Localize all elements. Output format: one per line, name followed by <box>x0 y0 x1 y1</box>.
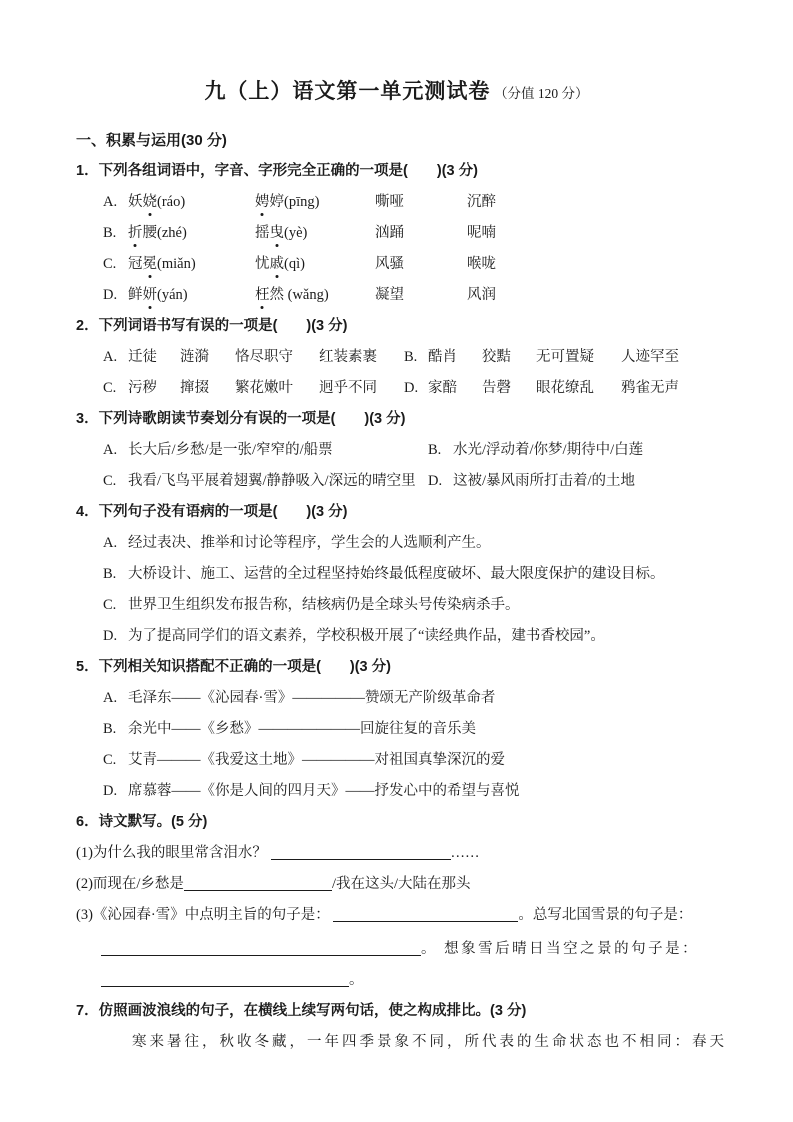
q7-paragraph: 寒来暑往，秋收冬藏，一年四季景象不同，所代表的生命状态也不相同：春天 <box>76 1032 717 1053</box>
option-letter: B. <box>428 440 453 461</box>
word-prefix: 妖 <box>128 194 143 210</box>
option-word: 摇曳(yè) <box>255 223 375 244</box>
word-suffix: 然 (wǎng) <box>270 287 329 303</box>
option-letter: B. <box>103 564 128 585</box>
q1-stem: 1．下列各组词语中，字音、字形完全正确的一项是( )(3 分) <box>76 161 717 182</box>
option-text: 为了提高同学们的语文素养，学校积极开展了“读经典作品，建书香校园”。 <box>128 626 717 647</box>
q3-stem: 3．下列诗歌朗读节奏划分有误的一项是( )(3 分) <box>76 409 717 430</box>
q2-options-ab: A. 迁徒 涟漪 恪尽职守 红装素裹 B. 酷肖 狡黠 无可置疑 人迹罕至 <box>76 347 717 368</box>
title-score-note: （分值 120 分） <box>494 86 589 101</box>
q1-option-d: D. 鲜妍(yán) 枉然 (wǎng) 凝望 风润 <box>76 285 717 306</box>
q4-option-a: A. 经过表决、推举和讨论等程序，学生会的人选顺利产生。 <box>76 533 717 554</box>
word-dotted-char: 折 <box>128 223 143 244</box>
q7-stem: 7．仿照画波浪线的句子，在横线上续写两句话，使之构成排比。(3 分) <box>76 1001 717 1022</box>
q4-stem: 4．下列句子没有语病的一项是( )(3 分) <box>76 502 717 523</box>
option-letter: A. <box>103 688 128 709</box>
option-word: 眼花缭乱 <box>536 378 621 399</box>
option-word: 繁花嫩叶 <box>235 378 319 399</box>
option-word: 红装素裹 <box>319 347 404 368</box>
option-word: 风润 <box>467 285 717 306</box>
answer-blank <box>101 941 421 956</box>
option-letter: D. <box>404 378 428 399</box>
option-word: 撺掇 <box>180 378 235 399</box>
option-letter: A. <box>103 533 128 554</box>
option-letter: C. <box>103 471 128 492</box>
q1-option-a: A. 妖娆(ráo) 娉婷(pīng) 嘶哑 沉醉 <box>76 192 717 213</box>
word-dotted-char: 妍 <box>143 285 158 306</box>
q5-option-c: C. 艾青———《我爱这土地》—————对祖国真挚深沉的爱 <box>76 750 717 771</box>
option-word: 呢喃 <box>467 223 717 244</box>
q1-option-b: B. 折腰(zhé) 摇曳(yè) 汹踊 呢喃 <box>76 223 717 244</box>
word-dotted-char: 戚 <box>270 254 285 275</box>
option-word: 冠冕(miǎn) <box>128 254 255 275</box>
option-word: 忧戚(qì) <box>255 254 375 275</box>
dictation-suffix: 。 想象雪后晴日当空之景的句子是： <box>421 941 699 957</box>
option-text: 水光/浮动着/你梦/期待中/白莲 <box>453 440 717 461</box>
word-suffix: (yè) <box>284 225 307 241</box>
q5-option-b: B. 余光中——《乡愁》———————回旋往复的音乐美 <box>76 719 717 740</box>
option-word: 家醅 <box>428 378 482 399</box>
option-letter: B. <box>404 347 428 368</box>
option-letter: D. <box>103 285 128 306</box>
option-letter: A. <box>103 192 128 213</box>
word-suffix: (yán) <box>157 287 188 303</box>
option-letter: A. <box>103 347 128 368</box>
option-letter: C. <box>103 750 128 771</box>
option-letter: D. <box>428 471 453 492</box>
word-prefix: 忧 <box>255 256 270 272</box>
option-word: 涟漪 <box>180 347 235 368</box>
option-word: 凝望 <box>375 285 467 306</box>
option-word: 狡黠 <box>482 347 536 368</box>
q2-stem: 2．下列词语书写有误的一项是( )(3 分) <box>76 316 717 337</box>
q2-options-cd: C. 污秽 撺掇 繁花嫩叶 迥乎不同 D. 家醅 告磬 眼花缭乱 鸦雀无声 <box>76 378 717 399</box>
dictation-suffix: …… <box>451 845 480 861</box>
option-word: 嘶哑 <box>375 192 467 213</box>
option-word: 枉然 (wǎng) <box>255 285 375 306</box>
word-dotted-char: 娆 <box>143 192 158 213</box>
option-text: 世界卫生组织发布报告称，结核病仍是全球头号传染病杀手。 <box>128 595 717 616</box>
option-word: 沉醉 <box>467 192 717 213</box>
option-word: 娉婷(pīng) <box>255 192 375 213</box>
option-word: 鸦雀无声 <box>621 378 717 399</box>
dictation-suffix: /我在这头/大陆在那头 <box>332 876 471 892</box>
word-dotted-char: 冕 <box>143 254 158 275</box>
q6-line-1: (1)为什么我的眼里常含泪水？ …… <box>76 843 717 864</box>
word-suffix: (qì) <box>284 256 305 272</box>
option-word: 妖娆(ráo) <box>128 192 255 213</box>
q5-option-a: A. 毛泽东——《沁园春·雪》—————赞颂无产阶级革命者 <box>76 688 717 709</box>
option-text: 大桥设计、施工、运营的全过程坚持始终最低程度破坏、最大限度保护的建设目标。 <box>128 564 717 585</box>
option-word: 迁徒 <box>128 347 180 368</box>
q1-option-c: C. 冠冕(miǎn) 忧戚(qì) 风骚 喉咙 <box>76 254 717 275</box>
option-letter: D. <box>103 781 128 802</box>
option-text: 经过表决、推举和讨论等程序，学生会的人选顺利产生。 <box>128 533 717 554</box>
option-letter: B. <box>103 223 128 244</box>
q3-options-cd: C. 我看/飞鸟平展着翅翼/静静吸入/深远的晴空里 D. 这被/暴风雨所打击着/… <box>76 471 717 492</box>
option-letter: C. <box>103 378 128 399</box>
q6-stem: 6．诗文默写。(5 分) <box>76 812 717 833</box>
q4-option-b: B. 大桥设计、施工、运营的全过程坚持始终最低程度破坏、最大限度保护的建设目标。 <box>76 564 717 585</box>
option-text: 我看/飞鸟平展着翅翼/静静吸入/深远的晴空里 <box>128 471 428 492</box>
answer-blank <box>333 907 518 922</box>
answer-blank <box>184 876 332 891</box>
answer-blank <box>101 972 349 987</box>
q6-line-2: (2)而现在/乡愁是/我在这头/大陆在那头 <box>76 874 717 895</box>
dictation-suffix: 。 <box>349 972 364 988</box>
option-word: 恪尽职守 <box>235 347 319 368</box>
option-letter: B. <box>103 719 128 740</box>
word-dotted-char: 娉 <box>255 192 270 213</box>
option-word: 人迹罕至 <box>621 347 717 368</box>
option-word: 折腰(zhé) <box>128 223 255 244</box>
dictation-prompt: (1)为什么我的眼里常含泪水？ <box>76 845 267 861</box>
q6-line-4: 。 想象雪后晴日当空之景的句子是： <box>76 939 717 960</box>
word-prefix: 鲜 <box>128 287 143 303</box>
dictation-suffix: 。总写北国雪景的句子是： <box>518 907 692 923</box>
q3-options-ab: A. 长大后/乡愁/是一张/窄窄的/船票 B. 水光/浮动着/你梦/期待中/白莲 <box>76 440 717 461</box>
option-text: 这被/暴风雨所打击着/的土地 <box>453 471 717 492</box>
option-text: 长大后/乡愁/是一张/窄窄的/船票 <box>128 440 428 461</box>
word-suffix: 婷(pīng) <box>270 194 320 210</box>
section-heading: 一、积累与运用(30 分) <box>76 130 717 151</box>
dictation-prompt: (2)而现在/乡愁是 <box>76 876 184 892</box>
dictation-prompt: (3)《沁园春·雪》中点明主旨的句子是： <box>76 907 330 923</box>
word-prefix: 摇 <box>255 225 270 241</box>
option-word: 喉咙 <box>467 254 717 275</box>
word-dotted-char: 枉 <box>255 285 270 306</box>
q4-option-d: D. 为了提高同学们的语文素养，学校积极开展了“读经典作品，建书香校园”。 <box>76 626 717 647</box>
title-text: 九（上）语文第一单元测试卷 <box>204 80 490 103</box>
option-word: 迥乎不同 <box>319 378 404 399</box>
q5-stem: 5．下列相关知识搭配不正确的一项是( )(3 分) <box>76 657 717 678</box>
q6-line-3: (3)《沁园春·雪》中点明主旨的句子是： 。总写北国雪景的句子是： <box>76 905 717 926</box>
option-word: 酷肖 <box>428 347 482 368</box>
q6-line-5: 。 <box>76 970 717 991</box>
option-word: 风骚 <box>375 254 467 275</box>
word-dotted-char: 曳 <box>270 223 285 244</box>
page-title: 九（上）语文第一单元测试卷 （分值 120 分） <box>76 78 717 108</box>
option-letter: C. <box>103 595 128 616</box>
option-word: 无可置疑 <box>536 347 621 368</box>
word-suffix: (ráo) <box>157 194 185 210</box>
option-text: 席慕蓉——《你是人间的四月天》——抒发心中的希望与喜悦 <box>128 781 717 802</box>
option-text: 余光中——《乡愁》———————回旋往复的音乐美 <box>128 719 717 740</box>
option-word: 鲜妍(yán) <box>128 285 255 306</box>
q5-option-d: D. 席慕蓉——《你是人间的四月天》——抒发心中的希望与喜悦 <box>76 781 717 802</box>
word-suffix: 腰(zhé) <box>143 225 187 241</box>
option-word: 汹踊 <box>375 223 467 244</box>
option-letter: C. <box>103 254 128 275</box>
q4-option-c: C. 世界卫生组织发布报告称，结核病仍是全球头号传染病杀手。 <box>76 595 717 616</box>
option-text: 毛泽东——《沁园春·雪》—————赞颂无产阶级革命者 <box>128 688 717 709</box>
option-word: 告磬 <box>482 378 536 399</box>
answer-blank <box>271 845 451 860</box>
word-suffix: (miǎn) <box>157 256 196 272</box>
test-paper-page: 九（上）语文第一单元测试卷 （分值 120 分） 一、积累与运用(30 分) 1… <box>0 0 793 1122</box>
option-text: 艾青———《我爱这土地》—————对祖国真挚深沉的爱 <box>128 750 717 771</box>
option-word: 污秽 <box>128 378 180 399</box>
option-letter: D. <box>103 626 128 647</box>
option-letter: A. <box>103 440 128 461</box>
word-prefix: 冠 <box>128 256 143 272</box>
